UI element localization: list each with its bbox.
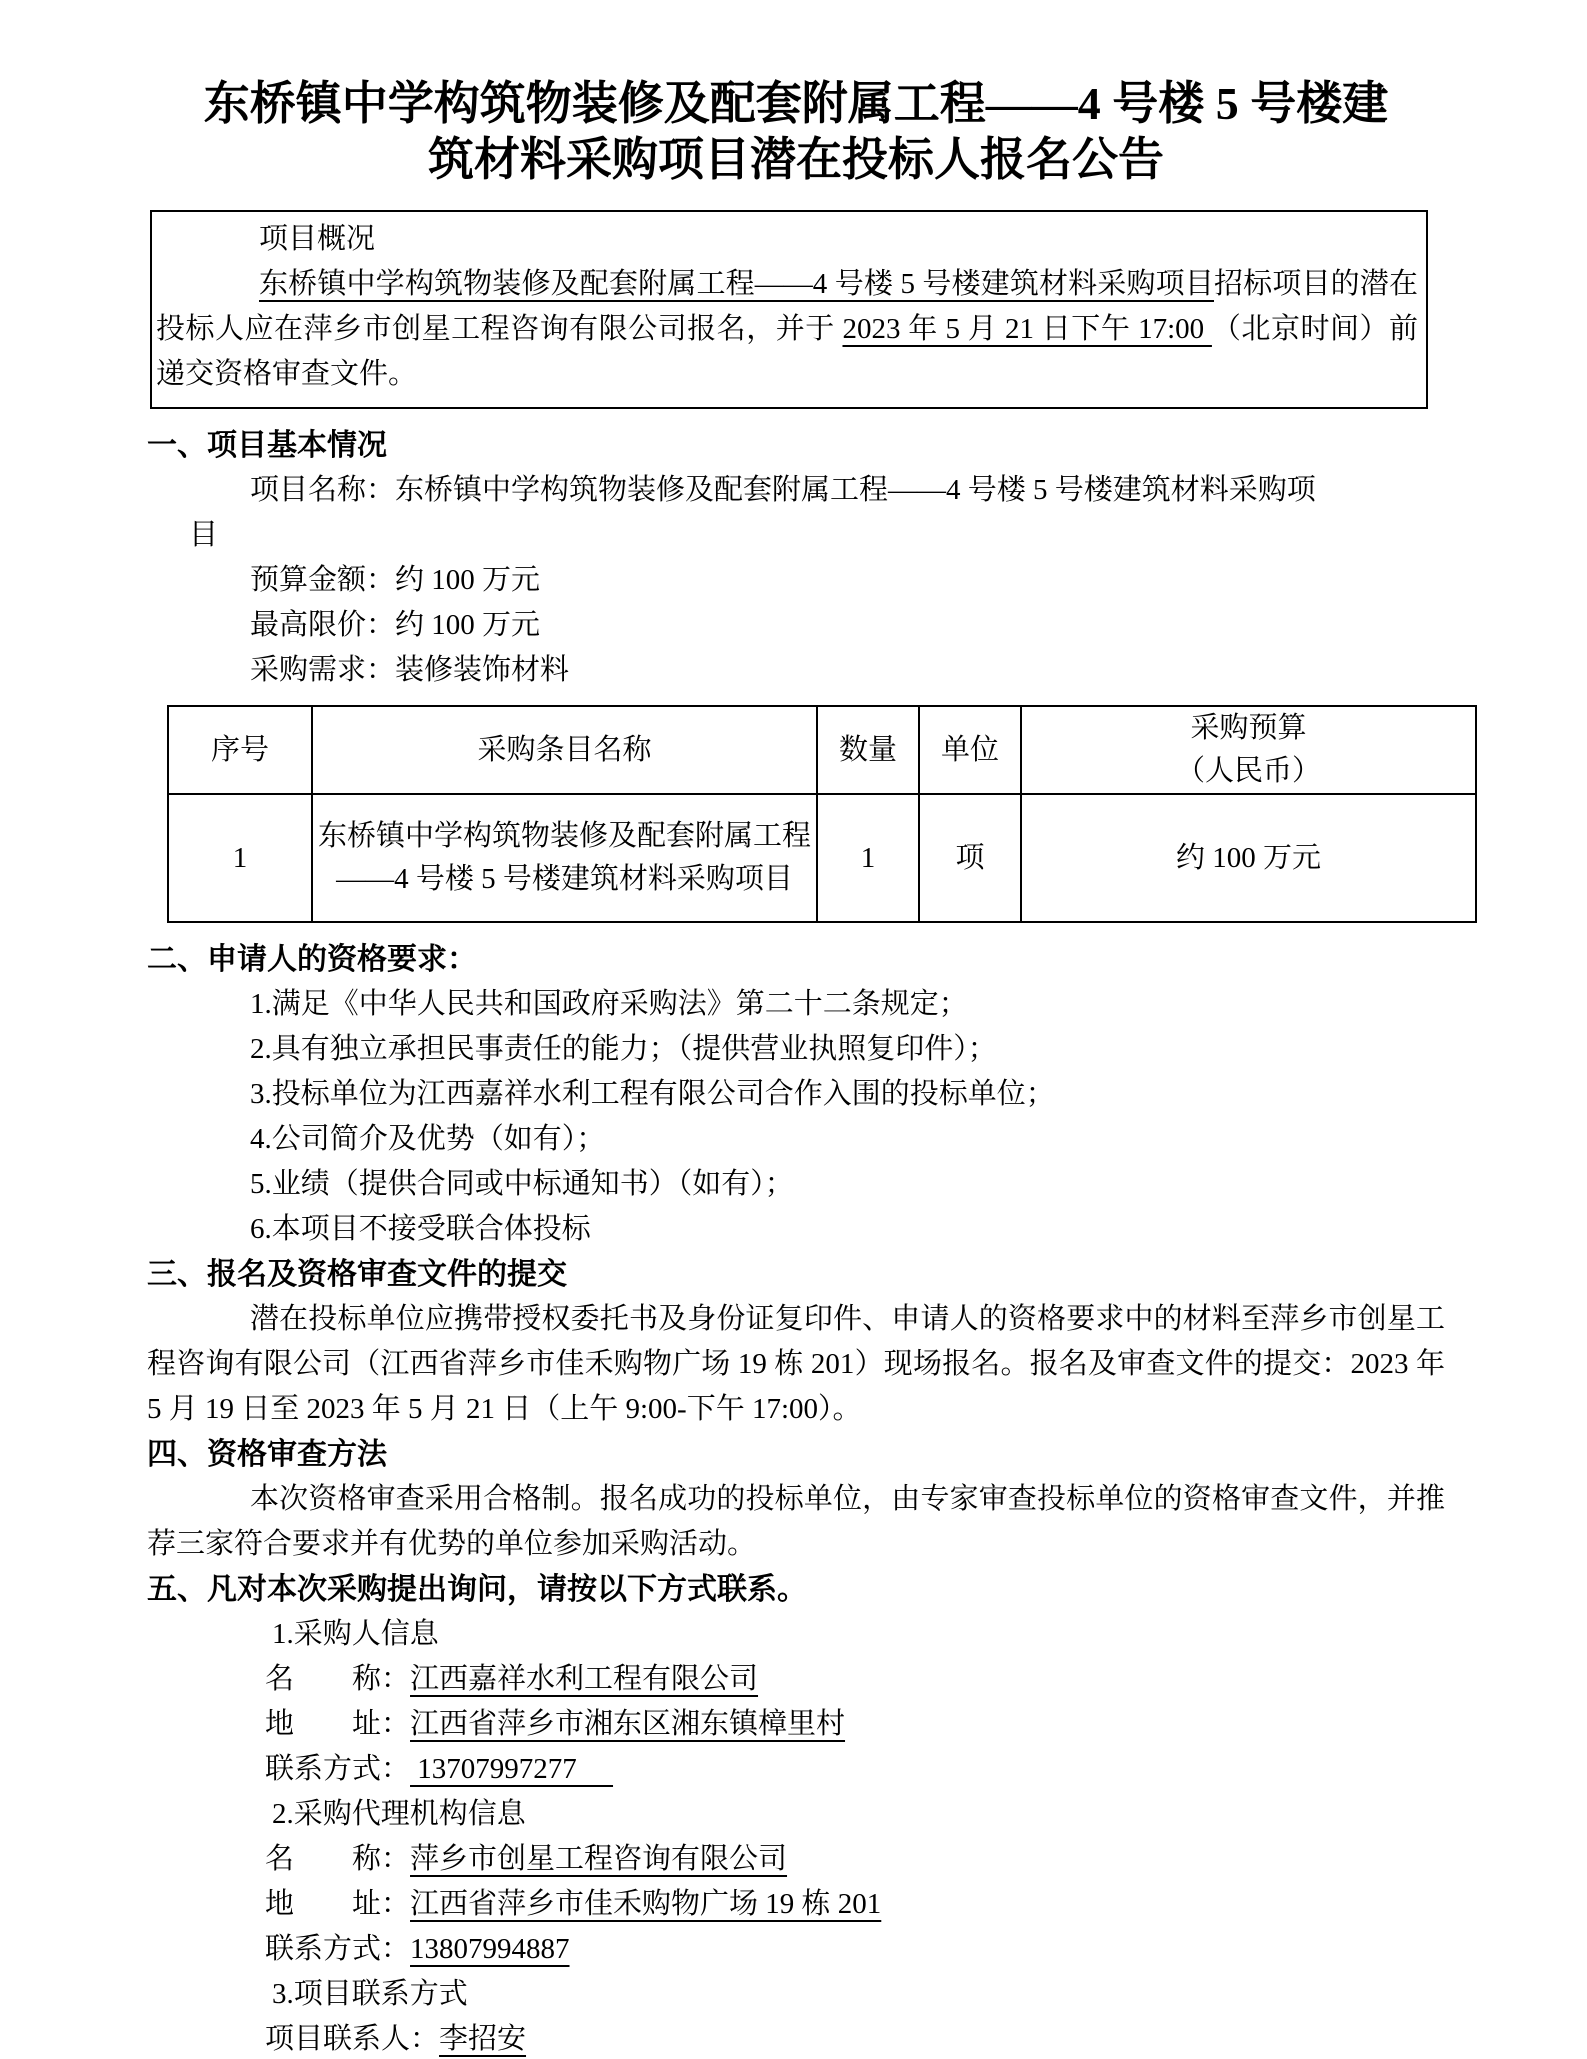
- agency-contact-label: 联系方式：: [265, 1933, 410, 1965]
- section4-paragraph: 本次资格审查采用合格制。报名成功的投标单位，由专家审查投标单位的资格审查文件，并…: [147, 1477, 1445, 1567]
- agency-name-line: 名 称：萍乡市创星工程咨询有限公司: [147, 1837, 1445, 1882]
- table-row: 1 东桥镇中学构筑物装修及配套附属工程——4 号楼 5 号楼建筑材料采购项目 1…: [168, 794, 1476, 922]
- buyer-address-line: 地 址：江西省萍乡市湘东区湘东镇樟里村: [147, 1702, 1445, 1747]
- page-title: 东桥镇中学构筑物装修及配套附属工程——4 号楼 5 号楼建 筑材料采购项目潜在投…: [147, 76, 1445, 188]
- procurement-demand-line: 采购需求：装修装饰材料: [147, 648, 1445, 693]
- qualification-item-4: 4.公司简介及优势（如有）；: [147, 1117, 1445, 1162]
- col-header-qty: 数量: [817, 706, 919, 794]
- qualification-item-1: 1.满足《中华人民共和国政府采购法》第二十二条规定；: [147, 982, 1445, 1027]
- overview-paragraph: 东桥镇中学构筑物装修及配套附属工程——4 号楼 5 号楼建筑材料采购项目招标项目…: [156, 262, 1418, 397]
- cell-item-name: 东桥镇中学构筑物装修及配套附属工程——4 号楼 5 号楼建筑材料采购项目: [312, 794, 817, 922]
- page-title-line2: 筑材料采购项目潜在投标人报名公告: [147, 132, 1445, 188]
- project-overview-box: 项目概况 东桥镇中学构筑物装修及配套附属工程——4 号楼 5 号楼建筑材料采购项…: [150, 210, 1428, 409]
- budget-amount-line: 预算金额：约 100 万元: [147, 558, 1445, 603]
- buyer-name-value: 江西嘉祥水利工程有限公司: [410, 1663, 758, 1695]
- cell-budget: 约 100 万元: [1021, 794, 1476, 922]
- section5-heading: 五、凡对本次采购提出询问，请按以下方式联系。: [147, 1567, 1445, 1612]
- page-title-line1: 东桥镇中学构筑物装修及配套附属工程——4 号楼 5 号楼建: [147, 76, 1445, 132]
- col-header-budget-line2: （人民币）: [1022, 750, 1475, 793]
- agency-name-value: 萍乡市创星工程咨询有限公司: [410, 1843, 787, 1875]
- col-header-no: 序号: [168, 706, 312, 794]
- project-contact-line: 项目联系人：李招安: [147, 2017, 1445, 2059]
- project-name-line1: 项目名称：东桥镇中学构筑物装修及配套附属工程——4 号楼 5 号楼建筑材料采购项: [147, 468, 1445, 513]
- max-price-line: 最高限价：约 100 万元: [147, 603, 1445, 648]
- buyer-phone-value: 13707997277: [410, 1753, 613, 1785]
- table-header-row: 序号 采购条目名称 数量 单位 采购预算 （人民币）: [168, 706, 1476, 794]
- cell-no: 1: [168, 794, 312, 922]
- qualification-item-6: 6.本项目不接受联合体投标: [147, 1207, 1445, 1252]
- section2-heading: 二、申请人的资格要求：: [147, 937, 1445, 982]
- document-page: 东桥镇中学构筑物装修及配套附属工程——4 号楼 5 号楼建 筑材料采购项目潜在投…: [0, 0, 1587, 2059]
- col-header-budget: 采购预算 （人民币）: [1021, 706, 1476, 794]
- buyer-name-label: 名 称：: [265, 1663, 410, 1695]
- procurement-items-table: 序号 采购条目名称 数量 单位 采购预算 （人民币） 1 东桥镇中学构筑物装修及…: [167, 705, 1477, 923]
- col-header-unit: 单位: [919, 706, 1021, 794]
- agency-address-label: 地 址：: [265, 1888, 410, 1920]
- section1-heading: 一、项目基本情况: [147, 423, 1445, 468]
- buyer-address-value: 江西省萍乡市湘东区湘东镇樟里村: [410, 1708, 845, 1740]
- section3-paragraph: 潜在投标单位应携带授权委托书及身份证复印件、申请人的资格要求中的材料至萍乡市创星…: [147, 1297, 1445, 1432]
- agency-contact-line: 联系方式：13807994887: [147, 1927, 1445, 1972]
- section4-heading: 四、资格审查方法: [147, 1432, 1445, 1477]
- overview-project-name-underlined: 东桥镇中学构筑物装修及配套附属工程——4 号楼 5 号楼建筑材料采购项目: [259, 268, 1214, 300]
- qualification-item-2: 2.具有独立承担民事责任的能力；（提供营业执照复印件）；: [147, 1027, 1445, 1072]
- section3-heading: 三、报名及资格审查文件的提交: [147, 1252, 1445, 1297]
- agency-info-heading: 2.采购代理机构信息: [147, 1792, 1445, 1837]
- qualification-item-5: 5.业绩（提供合同或中标通知书）（如有）；: [147, 1162, 1445, 1207]
- agency-name-label: 名 称：: [265, 1843, 410, 1875]
- overview-deadline-underlined: 2023 年 5 月 21 日下午 17:00: [842, 313, 1211, 345]
- project-contact-heading: 3.项目联系方式: [147, 1972, 1445, 2017]
- qualification-item-3: 3.投标单位为江西嘉祥水利工程有限公司合作入围的投标单位；: [147, 1072, 1445, 1117]
- agency-address-value: 江西省萍乡市佳禾购物广场 19 栋 201: [410, 1888, 881, 1920]
- buyer-contact-line: 联系方式： 13707997277: [147, 1747, 1445, 1792]
- col-header-item: 采购条目名称: [312, 706, 817, 794]
- project-contact-value: 李招安: [439, 2023, 526, 2055]
- overview-label: 项目概况: [156, 217, 1418, 262]
- buyer-contact-label: 联系方式：: [265, 1753, 410, 1785]
- cell-qty: 1: [817, 794, 919, 922]
- project-contact-label: 项目联系人：: [265, 2023, 439, 2055]
- col-header-budget-line1: 采购预算: [1022, 707, 1475, 750]
- agency-phone-value: 13807994887: [410, 1933, 570, 1965]
- cell-unit: 项: [919, 794, 1021, 922]
- project-name-line2: 目: [147, 513, 1445, 558]
- buyer-name-line: 名 称：江西嘉祥水利工程有限公司: [147, 1657, 1445, 1702]
- buyer-address-label: 地 址：: [265, 1708, 410, 1740]
- agency-address-line: 地 址：江西省萍乡市佳禾购物广场 19 栋 201: [147, 1882, 1445, 1927]
- buyer-info-heading: 1.采购人信息: [147, 1612, 1445, 1657]
